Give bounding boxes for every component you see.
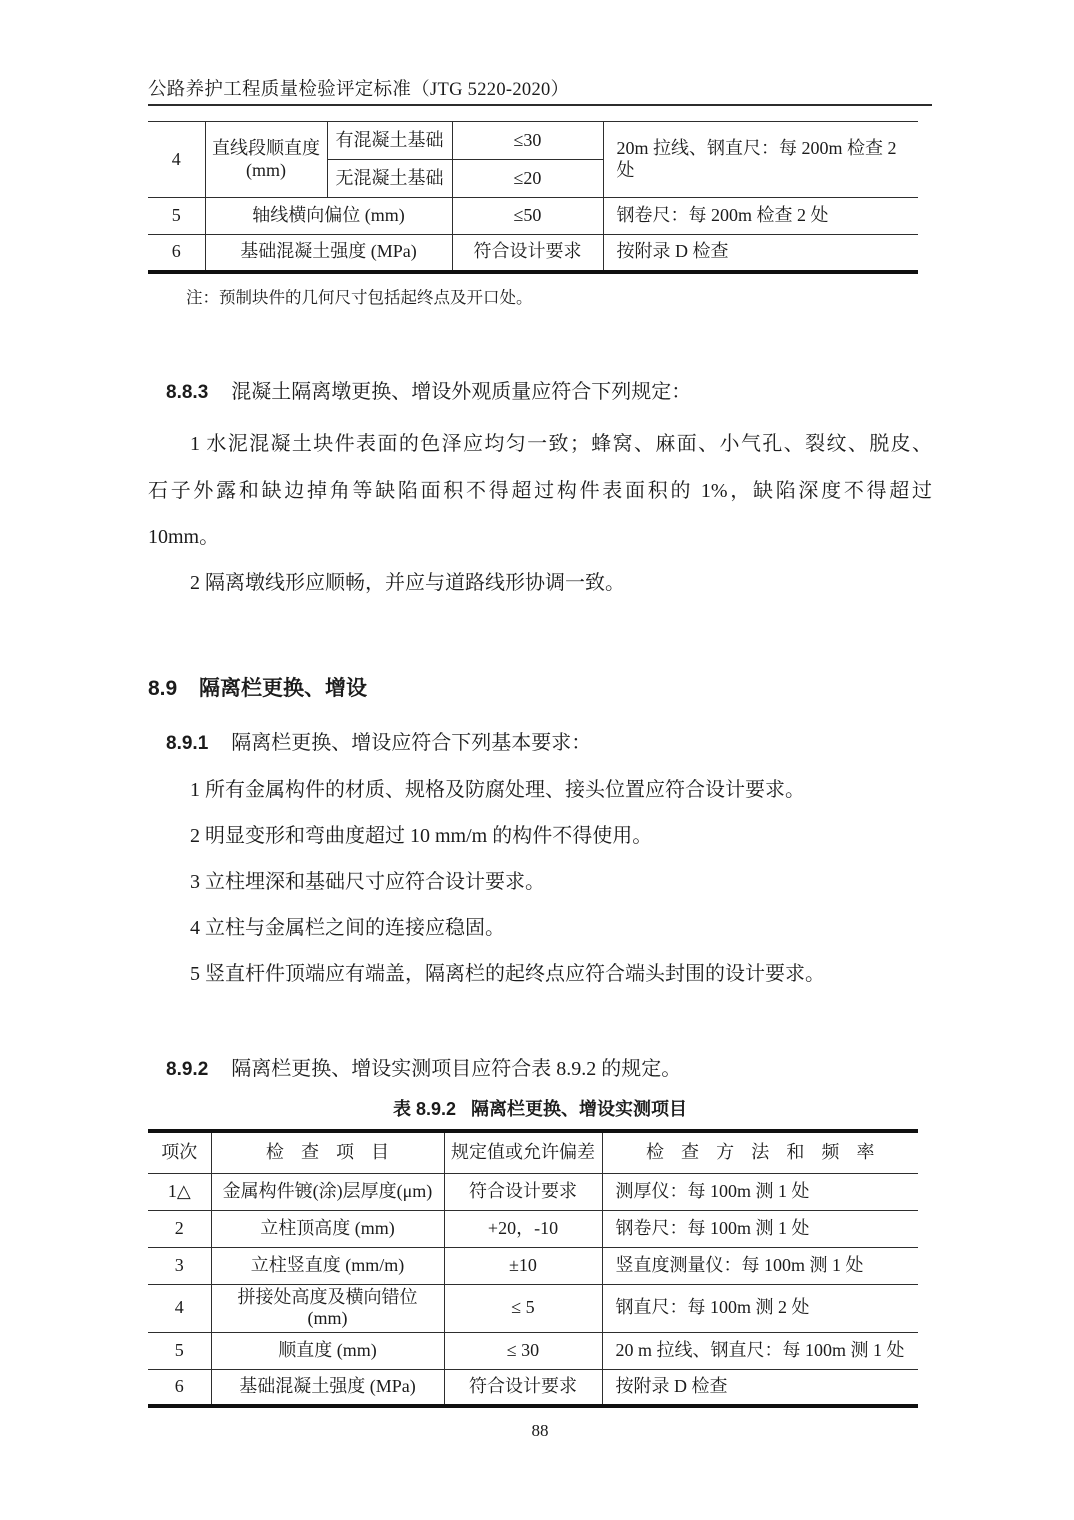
cell-check-item: 拼接处高度及横向错位 (mm) <box>211 1284 444 1332</box>
cell-allowed-value: ≤ 30 <box>444 1332 602 1369</box>
cell-condition: 有混凝土基础 <box>327 122 452 160</box>
cell-check-item: 轴线横向偏位 (mm) <box>205 198 452 235</box>
cell-item-no: 4 <box>148 1284 211 1332</box>
paragraph-line: 1 水泥混凝土块件表面的色泽应均匀一致；蜂窝、麻面、小气孔、裂纹、脱皮、 <box>148 427 932 456</box>
list-item: 2 明显变形和弯曲度超过 10 mm/m 的构件不得使用。 <box>190 819 932 848</box>
table-caption-title: 隔离栏更换、增设实测项目 <box>471 1099 687 1119</box>
clause-number: 8.8.3 <box>166 382 208 403</box>
cell-item-no: 5 <box>148 198 205 235</box>
cell-item-no: 5 <box>148 1332 211 1369</box>
table-header-row: 项次 检 查 项 目 规定值或允许偏差 检 查 方 法 和 频 率 <box>148 1131 918 1173</box>
cell-method: 钢卷尺：每 200m 检查 2 处 <box>603 198 918 235</box>
cell-method: 钢直尺：每 100m 测 2 处 <box>602 1284 918 1332</box>
table-row: 5 顺直度 (mm) ≤ 30 20 m 拉线、钢直尺：每 100m 测 1 处 <box>148 1332 918 1369</box>
paragraph-line: 2 隔离墩线形应顺畅，并应与道路线形协调一致。 <box>190 566 932 595</box>
cell-item-no: 1△ <box>148 1173 211 1210</box>
section-heading-8-9: 8.9 隔离栏更换、增设 <box>148 672 367 702</box>
table-row: 4 拼接处高度及横向错位 (mm) ≤ 5 钢直尺：每 100m 测 2 处 <box>148 1284 918 1332</box>
clause-8-9-1: 8.9.1 隔离栏更换、增设应符合下列基本要求： <box>166 726 591 755</box>
cell-allowed-value: 符合设计要求 <box>444 1369 602 1406</box>
cell-allowed-value: ±10 <box>444 1247 602 1284</box>
cell-allowed-value: ≤50 <box>452 198 603 235</box>
header-item-no: 项次 <box>148 1131 211 1173</box>
clause-title: 隔离栏更换、增设实测项目应符合表 8.9.2 的规定。 <box>231 1058 681 1080</box>
cell-allowed-value: ≤ 5 <box>444 1284 602 1332</box>
clause-title: 隔离栏更换、增设应符合下列基本要求： <box>231 732 591 754</box>
table-continued-measured-items: 4 直线段顺直度 (mm) 有混凝土基础 ≤30 20m 拉线、钢直尺：每 20… <box>148 121 918 274</box>
cell-check-item: 基础混凝土强度 (MPa) <box>205 235 452 272</box>
header-method: 检 查 方 法 和 频 率 <box>602 1131 918 1173</box>
cell-allowed-value: 符合设计要求 <box>444 1173 602 1210</box>
clause-8-9-2: 8.9.2 隔离栏更换、增设实测项目应符合表 8.9.2 的规定。 <box>166 1052 681 1081</box>
clause-8-8-3: 8.8.3 混凝土隔离墩更换、增设外观质量应符合下列规定： <box>166 375 691 404</box>
cell-method: 钢卷尺：每 100m 测 1 处 <box>602 1210 918 1247</box>
cell-method: 20 m 拉线、钢直尺：每 100m 测 1 处 <box>602 1332 918 1369</box>
cell-method: 按附录 D 检查 <box>602 1369 918 1406</box>
cell-condition: 无混凝土基础 <box>327 160 452 198</box>
cell-allowed-value: +20，-10 <box>444 1210 602 1247</box>
cell-method: 20m 拉线、钢直尺：每 200m 检查 2 处 <box>603 122 918 198</box>
table-caption-number: 表 8.9.2 <box>393 1099 456 1119</box>
cell-method: 竖直度测量仪：每 100m 测 1 处 <box>602 1247 918 1284</box>
document-page: 公路养护工程质量检验评定标准（JTG 5220-2020） 4 直线段顺直度 (… <box>0 0 1074 1520</box>
cell-method: 按附录 D 检查 <box>603 235 918 272</box>
list-item: 1 所有金属构件的材质、规格及防腐处理、接头位置应符合设计要求。 <box>190 773 932 802</box>
table-row: 5 轴线横向偏位 (mm) ≤50 钢卷尺：每 200m 检查 2 处 <box>148 198 918 235</box>
cell-check-item: 立柱竖直度 (mm/m) <box>211 1247 444 1284</box>
cell-item-no: 4 <box>148 122 205 198</box>
cell-check-item: 基础混凝土强度 (MPa) <box>211 1369 444 1406</box>
cell-item-no: 6 <box>148 235 205 272</box>
table-note: 注：预制块件的几何尺寸包括起终点及开口处。 <box>186 284 533 308</box>
header-check-item: 检 查 项 目 <box>211 1131 444 1173</box>
cell-check-item: 顺直度 (mm) <box>211 1332 444 1369</box>
list-item: 4 立柱与金属栏之间的连接应稳固。 <box>190 911 932 940</box>
cell-allowed-value: ≤30 <box>452 122 603 160</box>
list-item: 5 竖直杆件顶端应有端盖，隔离栏的起终点应符合端头封围的设计要求。 <box>190 957 932 986</box>
clause-number: 8.9.1 <box>166 733 208 754</box>
table-caption: 表 8.9.2 隔离栏更换、增设实测项目 <box>148 1095 932 1121</box>
header-rule <box>148 104 932 106</box>
section-title: 隔离栏更换、增设 <box>199 677 367 700</box>
check-item-unit: (mm) <box>246 160 286 180</box>
table-row: 6 基础混凝土强度 (MPa) 符合设计要求 按附录 D 检查 <box>148 1369 918 1406</box>
clause-number: 8.9.2 <box>166 1059 208 1080</box>
paragraph-line: 10mm。 <box>148 520 932 549</box>
table-row: 6 基础混凝土强度 (MPa) 符合设计要求 按附录 D 检查 <box>148 235 918 272</box>
check-item-line1: 直线段顺直度 <box>212 138 320 158</box>
cell-allowed-value: ≤20 <box>452 160 603 198</box>
table-row: 2 立柱顶高度 (mm) +20，-10 钢卷尺：每 100m 测 1 处 <box>148 1210 918 1247</box>
page-number: 88 <box>148 1421 932 1441</box>
table-8-9-2: 项次 检 查 项 目 规定值或允许偏差 检 查 方 法 和 频 率 1△ 金属构… <box>148 1129 918 1408</box>
cell-check-item: 立柱顶高度 (mm) <box>211 1210 444 1247</box>
cell-check-item: 直线段顺直度 (mm) <box>205 122 327 198</box>
table-row: 3 立柱竖直度 (mm/m) ±10 竖直度测量仪：每 100m 测 1 处 <box>148 1247 918 1284</box>
cell-item-no: 6 <box>148 1369 211 1406</box>
list-item: 3 立柱埋深和基础尺寸应符合设计要求。 <box>190 865 932 894</box>
running-header: 公路养护工程质量检验评定标准（JTG 5220-2020） <box>148 75 569 101</box>
cell-allowed-value: 符合设计要求 <box>452 235 603 272</box>
section-number: 8.9 <box>148 677 177 700</box>
running-header-title: 公路养护工程质量检验评定标准（JTG 5220-2020） <box>148 80 569 100</box>
table-row: 1△ 金属构件镀(涂)层厚度(μm) 符合设计要求 测厚仪：每 100m 测 1… <box>148 1173 918 1210</box>
clause-title: 混凝土隔离墩更换、增设外观质量应符合下列规定： <box>231 381 691 403</box>
paragraph-line: 石子外露和缺边掉角等缺陷面积不得超过构件表面积的 1%，缺陷深度不得超过 <box>148 474 932 503</box>
cell-item-no: 3 <box>148 1247 211 1284</box>
cell-method: 测厚仪：每 100m 测 1 处 <box>602 1173 918 1210</box>
cell-item-no: 2 <box>148 1210 211 1247</box>
cell-check-item: 金属构件镀(涂)层厚度(μm) <box>211 1173 444 1210</box>
header-allowed-value: 规定值或允许偏差 <box>444 1131 602 1173</box>
table-row: 4 直线段顺直度 (mm) 有混凝土基础 ≤30 20m 拉线、钢直尺：每 20… <box>148 122 918 160</box>
